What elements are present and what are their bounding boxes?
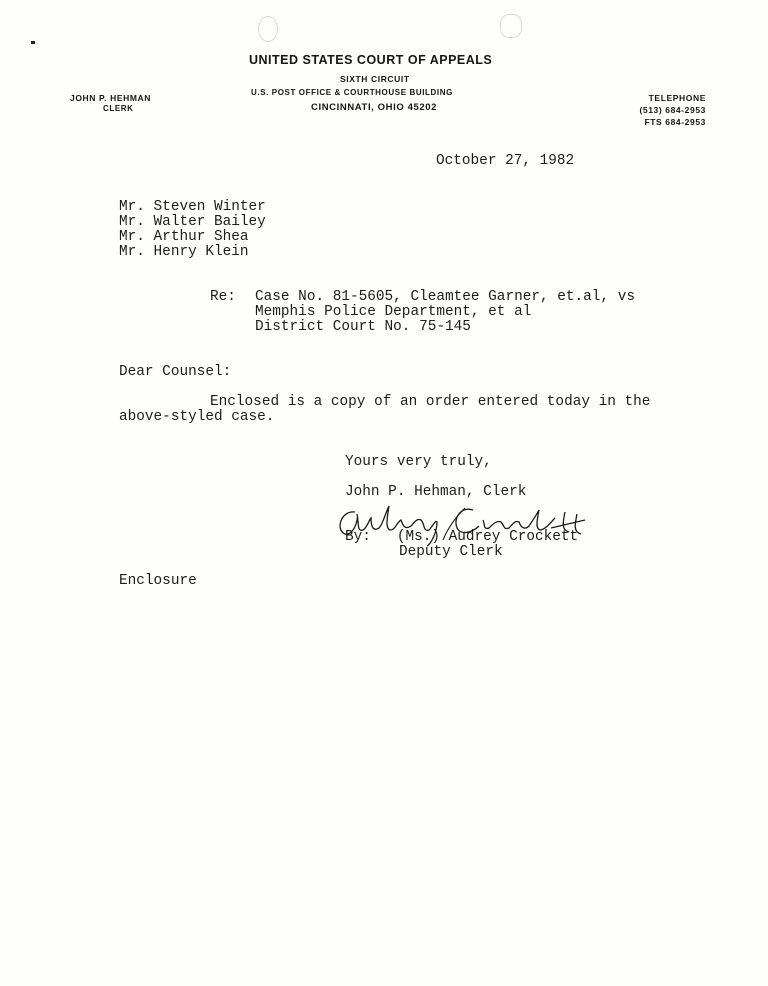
re-line: Memphis Police Department, et al (255, 305, 531, 320)
recipient: Mr. Arthur Shea (119, 230, 249, 245)
letter-page: UNITED STATES COURT OF APPEALS SIXTH CIR… (0, 0, 768, 986)
letterhead-telephone-label: TELEPHONE (649, 93, 706, 103)
re-label: Re: (210, 290, 236, 305)
letterhead-circuit: SIXTH CIRCUIT (340, 74, 410, 84)
by-title: Deputy Clerk (399, 545, 503, 560)
body-line: above-styled case. (119, 410, 274, 425)
letterhead-city: CINCINNATI, OHIO 45202 (311, 102, 437, 113)
letterhead-telephone-fts: FTS 684-2953 (644, 117, 706, 127)
complimentary-close: Yours very truly, (345, 455, 492, 470)
recipient: Mr. Steven Winter (119, 200, 266, 215)
re-line: Case No. 81-5605, Cleamtee Garner, et.al… (255, 290, 635, 305)
body-line: Enclosed is a copy of an order entered t… (210, 395, 650, 410)
letterhead-address: U.S. POST OFFICE & COURTHOUSE BUILDING (251, 88, 453, 97)
recipient: Mr. Henry Klein (119, 245, 249, 260)
punch-mark (500, 14, 522, 38)
signer-name: John P. Hehman, Clerk (345, 485, 526, 500)
letterhead-clerk-title: CLERK (103, 104, 134, 113)
by-line: By: (Ms.) Audrey Crockett (345, 530, 578, 545)
salutation: Dear Counsel: (119, 365, 231, 380)
enclosure-notation: Enclosure (119, 574, 197, 589)
letterhead-clerk-name: JOHN P. HEHMAN (70, 93, 151, 103)
re-line: District Court No. 75-145 (255, 320, 471, 335)
speck (31, 41, 35, 44)
recipient: Mr. Walter Bailey (119, 215, 266, 230)
letterhead-telephone-number: (513) 684-2953 (639, 105, 706, 115)
letterhead-court: UNITED STATES COURT OF APPEALS (249, 53, 492, 67)
punch-mark (258, 16, 278, 42)
letter-date: October 27, 1982 (436, 154, 574, 169)
